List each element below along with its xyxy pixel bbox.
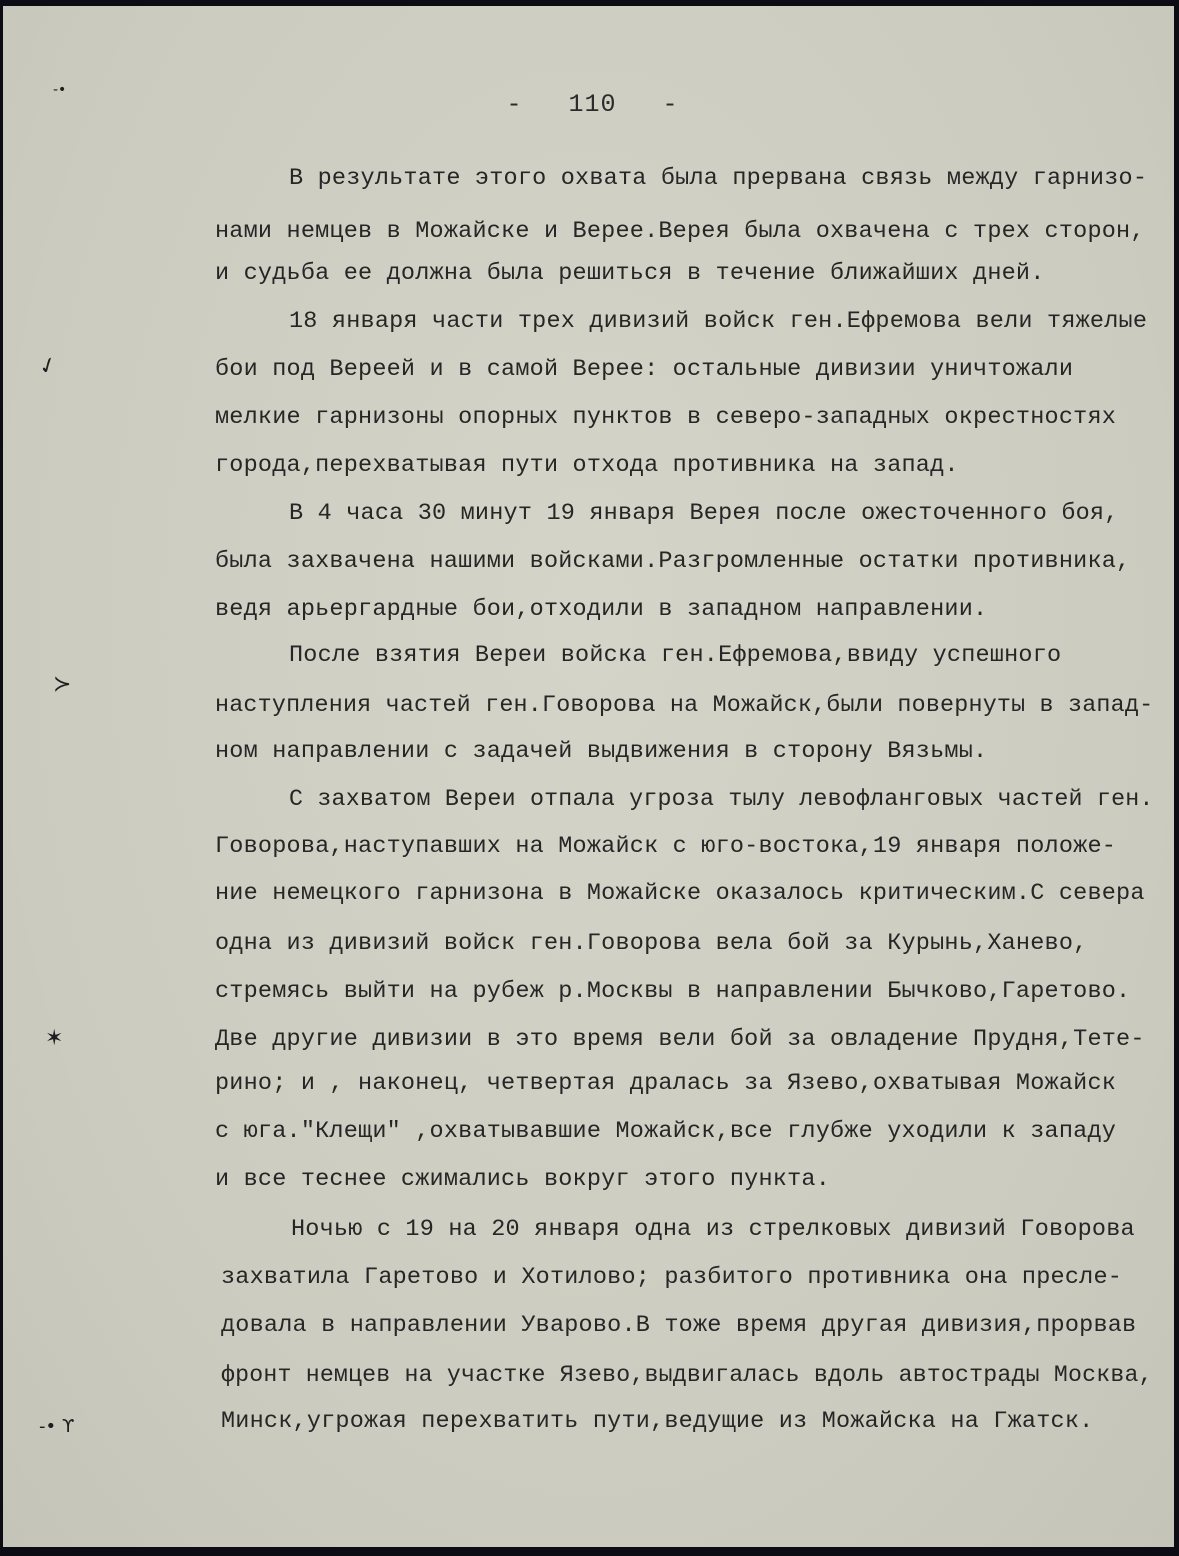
text-line: В результате этого охвата была прервана … [289, 165, 1147, 192]
hole-punch-mark-icon: -• [53, 82, 66, 98]
text-line: Две другие дивизии в это время вели бой … [215, 1026, 1145, 1053]
text-line: Говорова,наступавших на Можайск с юго-во… [215, 833, 1116, 860]
text-line: ние немецкого гарнизона в Можайске оказа… [215, 880, 1145, 907]
arrow-mark-icon: ≻ [53, 672, 71, 697]
text-line: Минск,угрожая перехватить пути,ведущие и… [221, 1408, 1093, 1435]
text-line: 18 января части трех дивизий войск ген.Е… [289, 308, 1147, 335]
star-mark-icon: ✶ [45, 1026, 63, 1051]
page-number: - 110 - [3, 90, 1179, 119]
text-line: После взятия Вереи войска ген.Ефремова,в… [289, 642, 1061, 669]
text-line: города,перехватывая пути отхода противни… [215, 452, 959, 479]
text-line: и все теснее сжимались вокруг этого пунк… [215, 1166, 830, 1193]
text-line: фронт немцев на участке Язево,выдвигалас… [221, 1362, 1153, 1389]
text-line: и судьба ее должна была решиться в течен… [215, 260, 1045, 287]
document-page: - 110 - В результате этого охвата была п… [3, 6, 1174, 1547]
arrow-mark-icon: -• ϒ [39, 1416, 74, 1437]
text-line: была захвачена нашими войсками.Разгромле… [215, 548, 1130, 575]
text-line: ном направлении с задачей выдвижения в с… [215, 738, 987, 765]
text-line: с юга."Клещи" ,охватывавшие Можайск,все … [215, 1118, 1116, 1145]
text-line: довала в направлении Уварово.В тоже врем… [221, 1312, 1136, 1339]
text-line: стремясь выйти на рубеж р.Москвы в напра… [215, 978, 1130, 1005]
text-line: ведя арьергардные бои,отходили в западно… [215, 596, 987, 623]
text-line: В 4 часа 30 минут 19 января Верея после … [289, 500, 1119, 527]
text-line: С захватом Вереи отпала угроза тылу лево… [289, 786, 1154, 813]
text-line: мелкие гарнизоны опорных пунктов в север… [215, 404, 1116, 431]
text-line: наступления частей ген.Говорова на Можай… [215, 692, 1153, 719]
text-line: бои под Вереей и в самой Верее: остальны… [215, 356, 1073, 383]
text-line: Ночью с 19 на 20 января одна из стрелков… [291, 1216, 1135, 1243]
text-line: одна из дивизий войск ген.Говорова вела … [215, 930, 1087, 957]
text-line: нами немцев в Можайске и Верее.Верея был… [215, 218, 1145, 245]
text-line: захватила Гаретово и Хотилово; разбитого… [221, 1264, 1122, 1291]
check-mark-icon: ✓ [35, 352, 61, 382]
text-line: рино; и , наконец, четвертая дралась за … [215, 1070, 1116, 1097]
